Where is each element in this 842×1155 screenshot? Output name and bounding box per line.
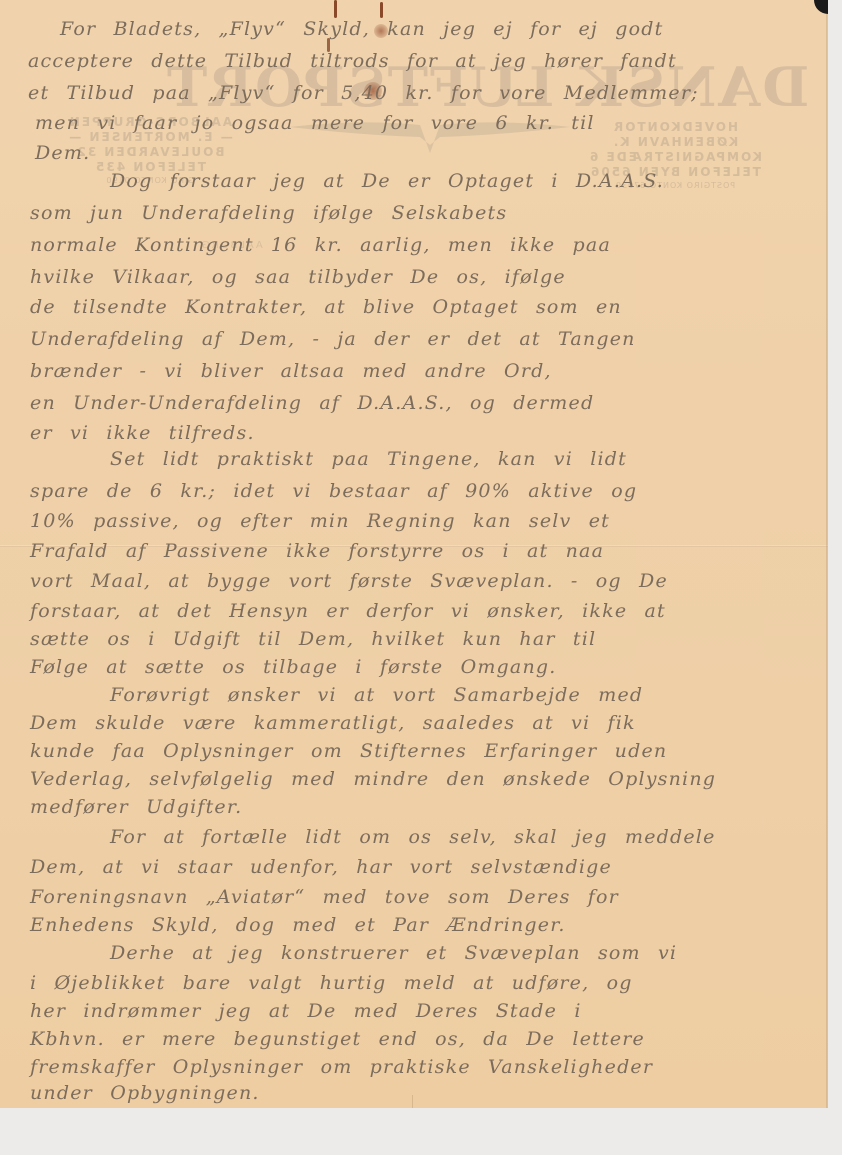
page-edge	[826, 0, 828, 1108]
text-line: 10% passive, og efter min Regning kan se…	[30, 510, 610, 532]
text-line: medfører Udgifter.	[30, 796, 242, 818]
text-line: Dog forstaar jeg at De er Optaget i D.A.…	[110, 170, 664, 192]
text-line: hvilke Vilkaar, og saa tilbyder De os, i…	[30, 266, 566, 288]
text-line: acceptere dette Tilbud tiltrods for at j…	[28, 50, 677, 72]
text-line: Derhe at jeg konstruerer et Svæveplan so…	[110, 942, 677, 964]
text-line: Forøvrigt ønsker vi at vort Samarbejde m…	[110, 684, 643, 706]
text-line: Dem skulde være kammeratligt, saaledes a…	[30, 712, 636, 734]
text-line: Foreningsnavn „Aviatør“ med tove som Der…	[30, 886, 619, 908]
text-line: som jun Underafdeling ifølge Selskabets	[30, 202, 507, 224]
text-line: Set lidt praktiskt paa Tingene, kan vi l…	[110, 448, 627, 470]
text-line: Dem.	[35, 142, 90, 164]
text-line: fremskaffer Oplysninger om praktiske Van…	[30, 1056, 653, 1078]
letter-page: DANSK LUFTSPORT AALBORG-GRUPPEN — E. MOR…	[0, 0, 828, 1108]
text-line: Underafdeling af Dem, - ja der er det at…	[30, 328, 636, 350]
text-line: forstaar, at det Hensyn er derfor vi øns…	[30, 600, 666, 622]
text-line: sætte os i Udgift til Dem, hvilket kun h…	[30, 628, 596, 650]
text-line: her indrømmer jeg at De med Deres Stade …	[30, 1000, 582, 1022]
text-line: vort Maal, at bygge vort første Svævepla…	[30, 570, 668, 592]
text-line: under Opbygningen.	[30, 1082, 260, 1104]
text-line: Følge at sætte os tilbage i første Omgan…	[30, 656, 557, 678]
text-line: Dem, at vi staar udenfor, har vort selvs…	[30, 856, 612, 878]
text-line: i Øjeblikket bare valgt hurtig meld at u…	[30, 972, 633, 994]
text-line: For at fortælle lidt om os selv, skal je…	[110, 826, 716, 848]
text-line: men vi faar jo ogsaa mere for vore 6 kr.…	[35, 112, 595, 134]
text-line: Kbhvn. er mere begunstiget end os, da De…	[30, 1028, 645, 1050]
text-line: et Tilbud paa „Flyv“ for 5,40 kr. for vo…	[28, 82, 699, 104]
text-line: en Under-Underafdeling af D.A.A.S., og d…	[30, 392, 594, 414]
text-line: normale Kontingent 16 kr. aarlig, men ik…	[30, 234, 611, 256]
text-line: de tilsendte Kontrakter, at blive Optage…	[30, 296, 622, 318]
text-line: spare de 6 kr.; idet vi bestaar af 90% a…	[30, 480, 637, 502]
text-line: Vederlag, selvfølgelig med mindre den øn…	[30, 768, 716, 790]
text-line: kunde faa Oplysninger om Stifternes Erfa…	[30, 740, 667, 762]
text-line: er vi ikke tilfreds.	[30, 422, 255, 444]
text-line: For Bladets, „Flyv“ Skyld, kan jeg ej fo…	[60, 18, 663, 40]
handwritten-text: For Bladets, „Flyv“ Skyld, kan jeg ej fo…	[0, 0, 828, 1108]
text-line: Enhedens Skyld, dog med et Par Ændringer…	[30, 914, 566, 936]
text-line: brænder - vi bliver altsaa med andre Ord…	[30, 360, 552, 382]
text-line: Frafald af Passivene ikke forstyrre os i…	[30, 540, 604, 562]
